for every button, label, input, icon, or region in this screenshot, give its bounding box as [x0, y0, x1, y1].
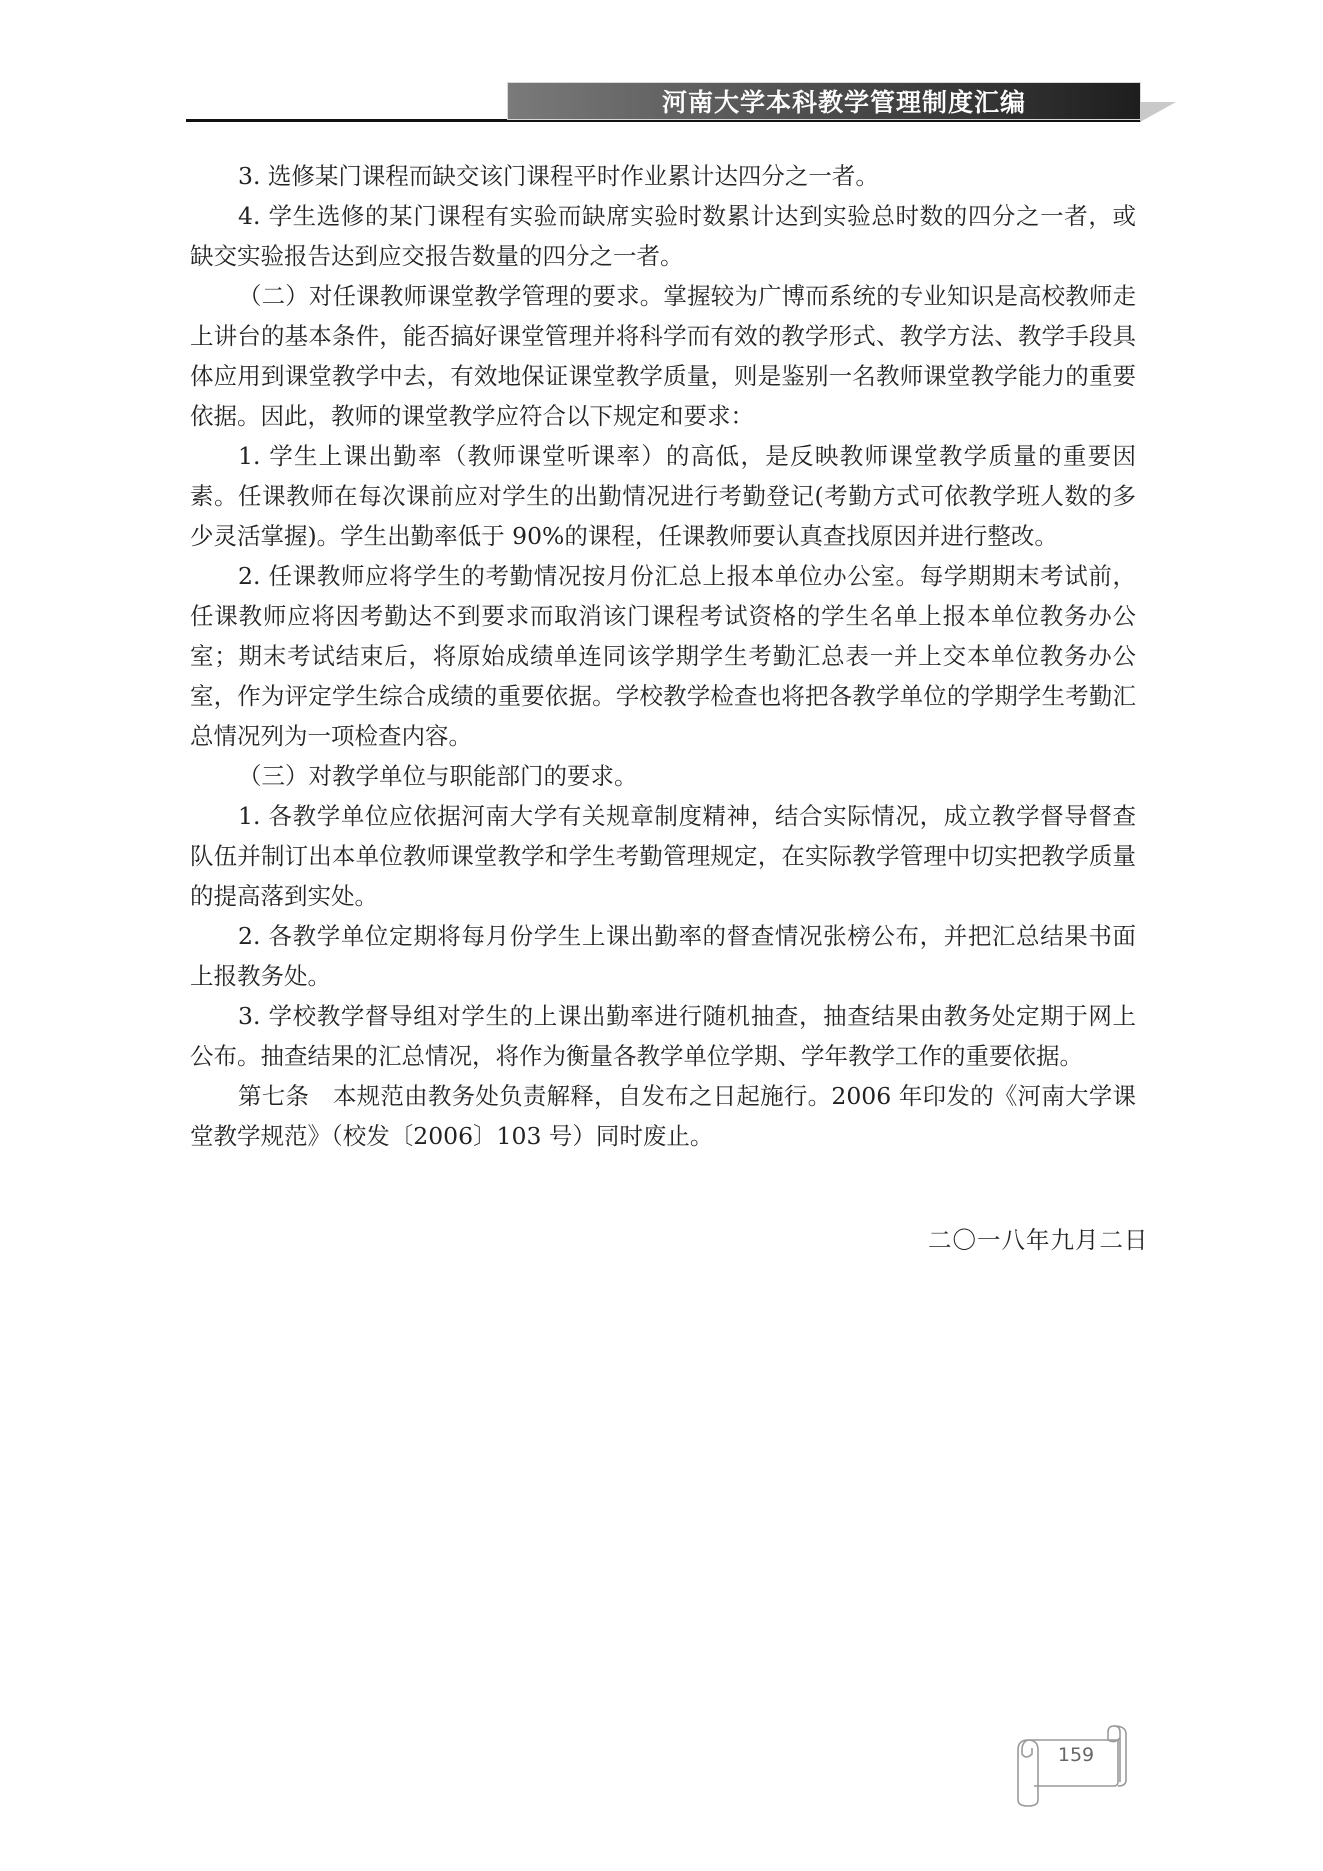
paragraph: 1. 各教学单位应依据河南大学有关规章制度精神，结合实际情况，成立教学督导督查队… [190, 796, 1136, 916]
paragraph: 2. 任课教师应将学生的考勤情况按月份汇总上报本单位办公室。每学期期末考试前，任… [190, 556, 1136, 756]
article-seven: 第七条 本规范由教务处负责解释，自发布之日起施行。2006 年印发的《河南大学课… [190, 1076, 1136, 1156]
paragraph: （二）对任课教师课堂教学管理的要求。掌握较为广博而系统的专业知识是高校教师走上讲… [190, 276, 1136, 436]
paragraph: 1. 学生上课出勤率（教师课堂听课率）的高低，是反映教师课堂教学质量的重要因素。… [190, 436, 1136, 556]
header-rule [186, 119, 1141, 122]
header-banner: 河南大学本科教学管理制度汇编 [508, 83, 1140, 119]
signature-date: 二〇一八年九月二日 [928, 1220, 1149, 1260]
page-number: 159 [1036, 1744, 1116, 1766]
paragraph: 2. 各教学单位定期将每月份学生上课出勤率的督查情况张榜公布，并把汇总结果书面上… [190, 916, 1136, 996]
banner-fold-icon [1138, 100, 1178, 124]
section-heading: （三）对教学单位与职能部门的要求。 [190, 756, 1136, 796]
scroll-banner-icon [1010, 1724, 1132, 1808]
document-body: 3. 选修某门课程而缺交该门课程平时作业累计达四分之一者。 4. 学生选修的某门… [190, 156, 1136, 1156]
paragraph: 4. 学生选修的某门课程有实验而缺席实验时数累计达到实验总时数的四分之一者，或缺… [190, 196, 1136, 276]
header-title: 河南大学本科教学管理制度汇编 [662, 83, 1026, 119]
paragraph: 3. 学校教学督导组对学生的上课出勤率进行随机抽查，抽查结果由教务处定期于网上公… [190, 996, 1136, 1076]
paragraph: 3. 选修某门课程而缺交该门课程平时作业累计达四分之一者。 [190, 156, 1136, 196]
